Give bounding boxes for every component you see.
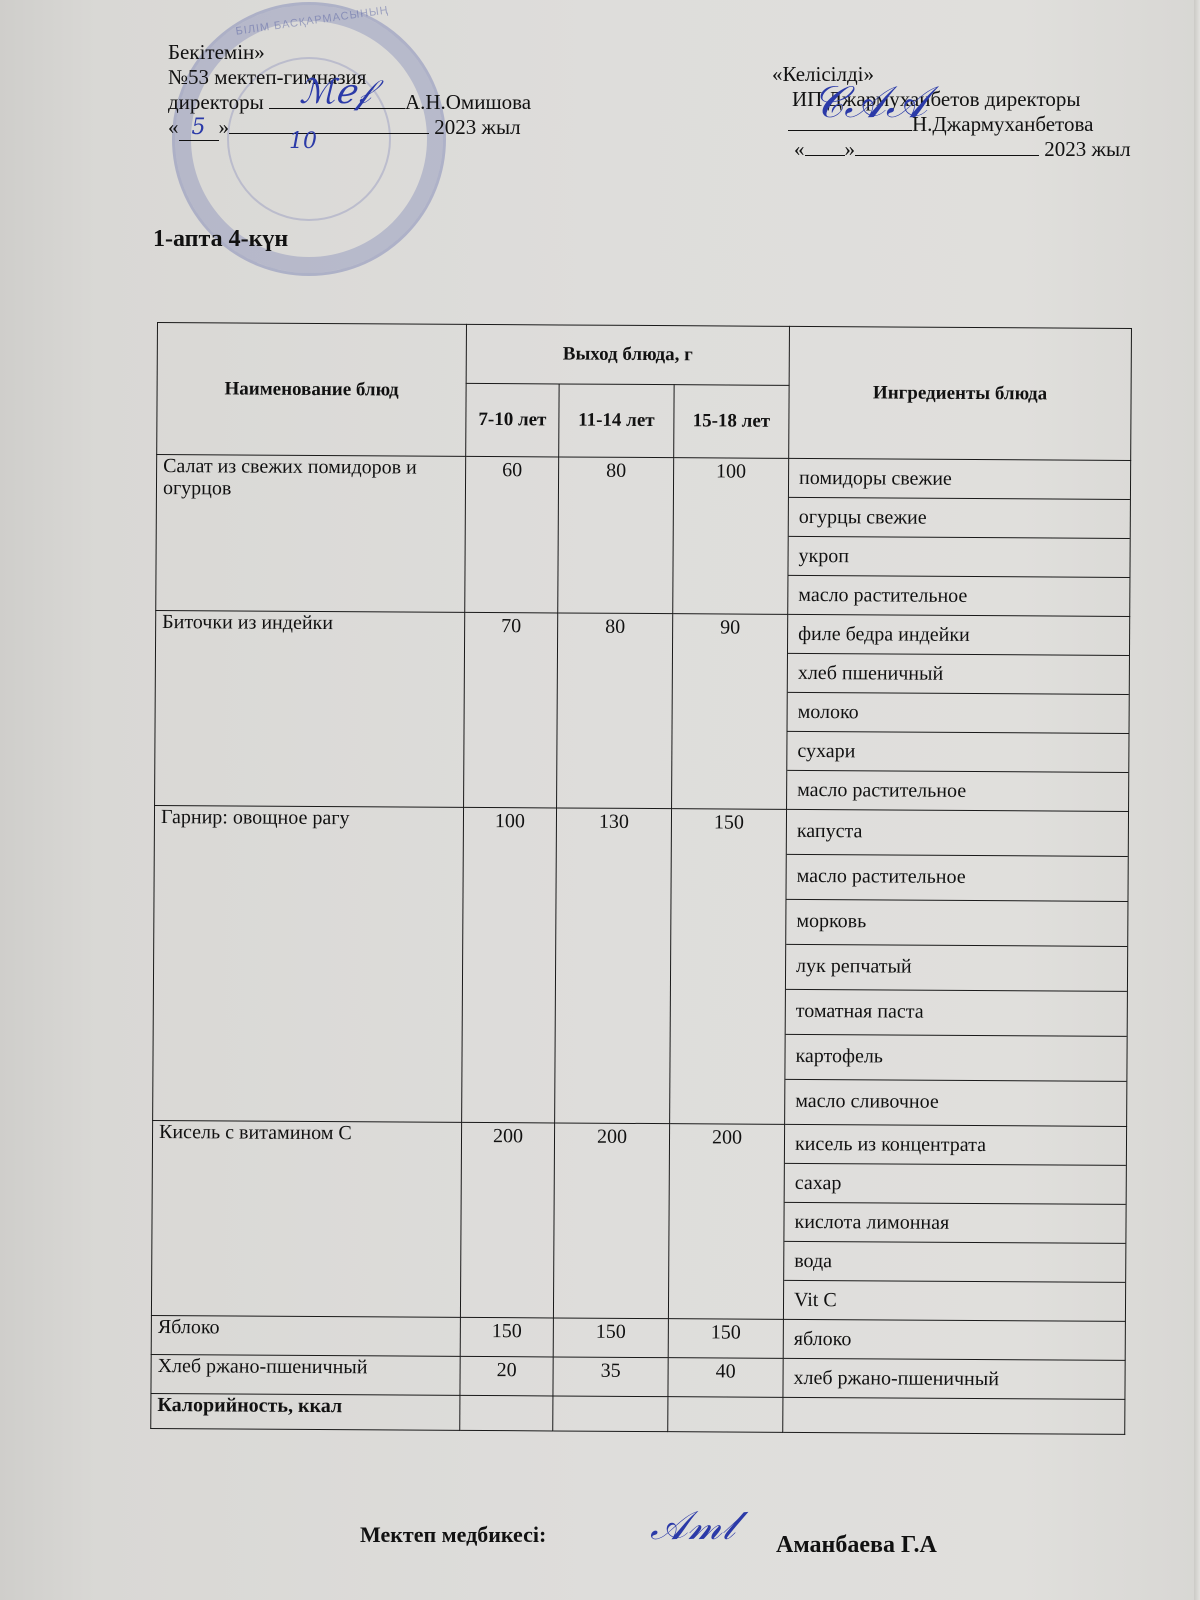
yield-value: 40 <box>668 1358 783 1398</box>
dish-name: Биточки из индейки <box>155 610 465 807</box>
nurse-signature: 𝒜𝓂𝓁 <box>650 1502 735 1549</box>
calories-label: Калорийность, ккал <box>151 1393 460 1430</box>
ingredient-list: кисель из концентратасахаркислота лимонн… <box>784 1125 1126 1321</box>
ingredient-item: масло растительное <box>788 576 1129 616</box>
table-row: Кисель с витамином С200200200кисель из к… <box>151 1120 1126 1321</box>
director-signature: ℳℯ𝒻 <box>299 80 371 105</box>
approval-heading: Бекітемін» <box>168 40 531 65</box>
dish-name: Гарнир: овощное рагу <box>153 805 464 1122</box>
yield-value: 35 <box>553 1357 668 1397</box>
ingredient-item: капуста <box>787 810 1128 857</box>
yield-value: 100 <box>462 807 557 1123</box>
approval-name: А.Н.Омишова <box>405 90 531 114</box>
yield-value: 90 <box>672 614 788 810</box>
yield-value: 200 <box>668 1124 784 1320</box>
ingredient-list: хлеб ржано-пшеничный <box>783 1359 1124 1399</box>
date-month-handwritten: 10 <box>289 129 317 154</box>
header-age-15-18: 15-18 лет <box>674 385 789 459</box>
approval-block: Бекітемін» №53 мектеп-гимназия директоры… <box>168 40 531 141</box>
header-yield: Выход блюда, г <box>466 324 789 385</box>
calories-value <box>783 1397 1125 1434</box>
dish-name: Яблоко <box>151 1315 460 1356</box>
table-row: Биточки из индейки708090филе бедра индей… <box>155 610 1130 811</box>
ingredient-item: масло сливочное <box>785 1080 1126 1126</box>
ingredient-item: огурцы свежие <box>789 498 1130 539</box>
header-ingredients: Ингредиенты блюда <box>789 326 1132 460</box>
ingredients-cell: помидоры свежиеогурцы свежиеукропмасло р… <box>788 458 1131 616</box>
ingredient-item: кислота лимонная <box>784 1203 1125 1244</box>
yield-value: 150 <box>460 1317 553 1357</box>
yield-value: 80 <box>558 457 674 614</box>
approval-role: директоры <box>168 90 264 114</box>
calories-row: Калорийность, ккал <box>151 1393 1125 1434</box>
dish-name: Салат из свежих помидоров и огурцов <box>156 455 466 613</box>
calories-value <box>460 1395 553 1431</box>
date-day-field <box>805 155 845 156</box>
calories-value <box>553 1396 668 1432</box>
ingredient-item: картофель <box>785 1035 1126 1082</box>
ingredient-list: филе бедра индейкихлеб пшеничныймолокосу… <box>787 615 1129 811</box>
ingredient-item: филе бедра индейки <box>788 615 1129 656</box>
ingredient-item: хлеб ржано-пшеничный <box>783 1359 1124 1399</box>
yield-value: 60 <box>465 456 559 613</box>
signature-line: ℳℯ𝒻 <box>269 108 405 109</box>
ingredient-item: помидоры свежие <box>789 459 1130 500</box>
table-row: Гарнир: овощное рагу100130150капустамасл… <box>153 805 1129 1126</box>
yield-value: 20 <box>460 1356 553 1396</box>
yield-value: 70 <box>464 612 558 808</box>
nurse-label: Мектеп медбикесі: <box>360 1522 546 1548</box>
approval-year: 2023 жыл <box>434 115 520 139</box>
menu-body: Салат из свежих помидоров и огурцов60801… <box>151 455 1131 1400</box>
ingredient-item: вода <box>784 1242 1125 1283</box>
nurse-name: Аманбаева Г.А <box>776 1532 937 1559</box>
date-month-field <box>855 155 1039 156</box>
ingredient-item: томатная паста <box>786 990 1127 1037</box>
ingredient-item: сахар <box>785 1164 1126 1205</box>
ingredient-item: сухари <box>787 732 1128 773</box>
ingredient-item: кисель из концентрата <box>785 1125 1126 1166</box>
ingredients-cell: филе бедра индейкихлеб пшеничныймолокосу… <box>787 614 1130 811</box>
page-edge <box>1194 0 1200 1600</box>
ingredients-cell: капустамасло растительноеморковьлук репч… <box>785 809 1129 1126</box>
calories-value <box>668 1397 783 1433</box>
ingredient-item: хлеб пшеничный <box>788 654 1129 695</box>
ingredient-item: Vit C <box>784 1281 1125 1321</box>
ingredient-list: яблоко <box>784 1320 1125 1360</box>
yield-value: 130 <box>555 808 672 1124</box>
dish-name: Хлеб ржано-пшеничный <box>151 1354 460 1395</box>
ingredient-list: капустамасло растительноеморковьлук репч… <box>785 810 1128 1126</box>
stamp-text: БІЛІМ БАСҚАРМАСЫНЫҢ <box>235 4 389 37</box>
agreement-date-line: «» 2023 жыл <box>772 137 1131 162</box>
agreement-signature-line: 𝒞𝒜𝒜 Н.Джармуханбетова <box>772 112 1131 137</box>
ingredient-item: лук репчатый <box>786 945 1127 992</box>
week-day-title: 1-апта 4-күн <box>153 226 288 253</box>
yield-value: 200 <box>460 1122 554 1318</box>
approval-date-line: «5»10 2023 жыл <box>168 115 531 141</box>
ingredient-item: морковь <box>786 900 1127 947</box>
table-row: Хлеб ржано-пшеничный203540хлеб ржано-пше… <box>151 1354 1125 1399</box>
yield-value: 80 <box>557 613 673 809</box>
ingredient-item: масло растительное <box>786 855 1127 902</box>
date-month-field: 10 <box>229 133 429 134</box>
header-age-11-14: 11-14 лет <box>559 384 674 458</box>
yield-value: 150 <box>668 1319 783 1359</box>
agreement-name: Н.Джармуханбетова <box>912 112 1093 136</box>
yield-value: 150 <box>553 1318 668 1358</box>
date-day-handwritten: 5 <box>192 115 206 140</box>
ingredient-item: яблоко <box>784 1320 1125 1360</box>
ingredient-item: масло растительное <box>787 771 1128 811</box>
ingredients-cell: кисель из концентратасахаркислота лимонн… <box>783 1124 1126 1321</box>
table-row: Салат из свежих помидоров и огурцов60801… <box>156 455 1131 617</box>
menu-table: Наименование блюд Выход блюда, г Ингреди… <box>150 322 1132 1435</box>
ingredients-cell: хлеб ржано-пшеничный <box>783 1358 1125 1399</box>
ingredients-cell: яблоко <box>783 1319 1125 1360</box>
yield-value: 200 <box>553 1123 669 1319</box>
agreement-year: 2023 жыл <box>1044 137 1130 161</box>
agreement-block: «Келісілді» ИП Джармуханбетов директоры … <box>772 62 1131 162</box>
signature-line: 𝒞𝒜𝒜 <box>788 130 912 131</box>
ingredient-list: помидоры свежиеогурцы свежиеукропмасло р… <box>788 459 1130 616</box>
date-day-field: 5 <box>179 115 219 141</box>
header-age-7-10: 7-10 лет <box>466 383 559 457</box>
ingredient-item: молоко <box>788 693 1129 734</box>
dish-name: Кисель с витамином С <box>151 1120 461 1317</box>
table-row: Яблоко150150150яблоко <box>151 1315 1125 1360</box>
approval-director-line: директоры ℳℯ𝒻 А.Н.Омишова <box>168 90 531 115</box>
yield-value: 100 <box>673 458 789 615</box>
yield-value: 150 <box>670 809 787 1125</box>
header-dish-name: Наименование блюд <box>157 323 467 457</box>
agreement-signature: 𝒞𝒜𝒜 <box>812 90 927 115</box>
ingredient-item: укроп <box>788 537 1129 578</box>
